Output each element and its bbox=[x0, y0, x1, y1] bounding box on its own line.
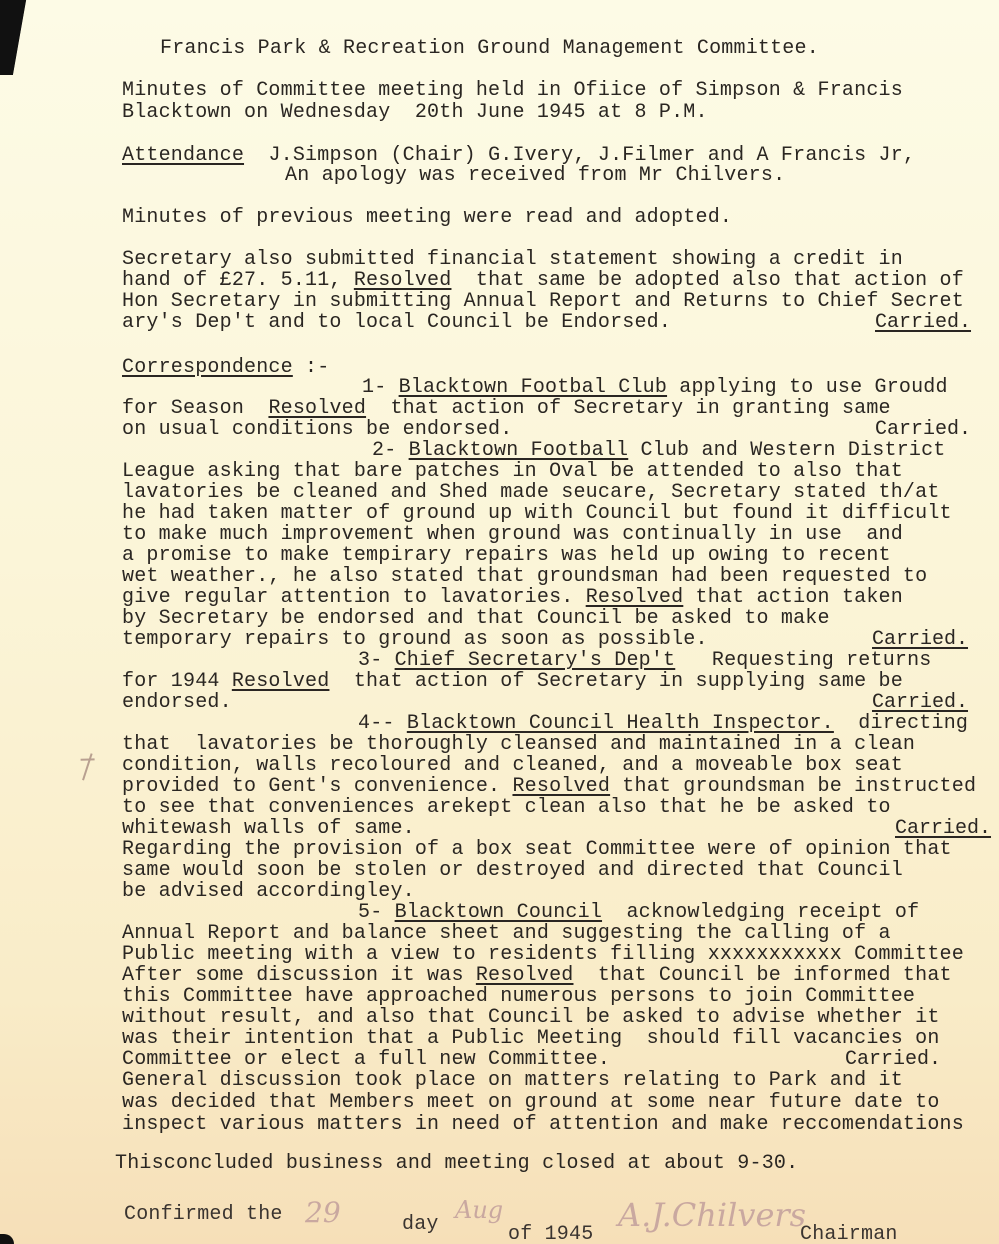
item-2-line: temporary repairs to ground as soon as p… bbox=[122, 629, 708, 650]
item-5-line: without result, and also that Council be… bbox=[122, 1007, 940, 1028]
item-2-line: to make much improvement when ground was… bbox=[122, 524, 903, 545]
item-5-line: this Committee have approached numerous … bbox=[122, 986, 915, 1007]
general-line-1: General discussion took place on matters… bbox=[122, 1070, 903, 1091]
correspondence-item-3: 3- Chief Secretary's Dep't Requesting re… bbox=[358, 650, 932, 671]
item-5-line: Public meeting with a view to residents … bbox=[122, 944, 964, 965]
general-line-3: inspect various matters in need of atten… bbox=[122, 1114, 964, 1135]
attendance-line: Attendance J.Simpson (Chair) G.Ivery, J.… bbox=[122, 145, 915, 166]
item-2-line: give regular attention to lavatories. Re… bbox=[122, 587, 903, 608]
carried-label: Carried. bbox=[875, 312, 971, 333]
item-5-line: Annual Report and balance sheet and sugg… bbox=[122, 923, 891, 944]
carried-label: Carried. bbox=[872, 629, 968, 650]
intro-line-2: Blacktown on Wednesday 20th June 1945 at… bbox=[122, 102, 708, 123]
attendance-label: Attendance bbox=[122, 144, 244, 167]
correspondence-item-5: 5- Blacktown Council acknowledging recei… bbox=[358, 902, 919, 923]
intro-line-1: Minutes of Committee meeting held in Ofi… bbox=[122, 80, 903, 101]
item-5-line: was their intention that a Public Meetin… bbox=[122, 1028, 940, 1049]
financial-line-2: hand of £27. 5.11, Resolved that same be… bbox=[122, 270, 964, 291]
item-5-line: After some discussion it was Resolved th… bbox=[122, 965, 952, 986]
carried-label: Carried. bbox=[875, 419, 971, 440]
carried-label: Carried. bbox=[845, 1049, 941, 1070]
item-4-line: same would soon be stolen or destroyed a… bbox=[122, 860, 903, 881]
chairman-signature: A.J.Chilvers bbox=[618, 1196, 806, 1234]
item-3-line: endorsed. bbox=[122, 692, 232, 713]
day-label: day bbox=[402, 1214, 439, 1235]
resolved-label: Resolved bbox=[354, 269, 452, 292]
apology-line: An apology was received from Mr Chilvers… bbox=[285, 165, 785, 186]
confirmation-month-handwritten: Aug bbox=[455, 1196, 503, 1224]
chairman-label: Chairman bbox=[800, 1224, 898, 1244]
correspondence-heading: Correspondence :- bbox=[122, 357, 329, 378]
correspondence-item-4: 4-- Blacktown Council Health Inspector. … bbox=[358, 713, 968, 734]
correspondence-item-1: 1- Blacktown Footbal Club applying to us… bbox=[362, 377, 948, 398]
item-2-line: he had taken matter of ground up with Co… bbox=[122, 503, 952, 524]
carried-label: Carried. bbox=[895, 818, 991, 839]
financial-line-1: Secretary also submitted financial state… bbox=[122, 249, 903, 270]
correspondence-item-2: 2- Blacktown Football Club and Western D… bbox=[372, 440, 946, 461]
previous-minutes: Minutes of previous meeting were read an… bbox=[122, 207, 732, 228]
item-2-line: by Secretary be endorsed and that Counci… bbox=[122, 608, 830, 629]
item-4-line: to see that conveniences arekept clean a… bbox=[122, 797, 891, 818]
item-4-line: Regarding the provision of a box seat Co… bbox=[122, 839, 952, 860]
item-3-line: for 1944 Resolved that action of Secreta… bbox=[122, 671, 903, 692]
general-line-2: was decided that Members meet on ground … bbox=[122, 1092, 940, 1113]
scan-corner-shadow bbox=[0, 0, 30, 75]
year-label: of 1945 bbox=[508, 1224, 593, 1244]
item-2-line: lavatories be cleaned and Shed made seuc… bbox=[122, 482, 940, 503]
item-4-line: be advised accordingley. bbox=[122, 881, 415, 902]
item-4-line: whitewash walls of same. bbox=[122, 818, 415, 839]
item-5-line: Committee or elect a full new Committee. bbox=[122, 1049, 610, 1070]
item-1-line: for Season Resolved that action of Secre… bbox=[122, 398, 891, 419]
confirmation-day-handwritten: 29 bbox=[305, 1196, 341, 1229]
item-2-line: wet weather., he also stated that ground… bbox=[122, 566, 927, 587]
item-4-line: condition, walls recoloured and cleaned,… bbox=[122, 755, 903, 776]
item-4-line: that lavatories be thoroughly cleansed a… bbox=[122, 734, 915, 755]
scan-corner-bottom bbox=[0, 1234, 14, 1244]
item-4-line: provided to Gent's convenience. Resolved… bbox=[122, 776, 976, 797]
item-1-line: on usual conditions be endorsed. bbox=[122, 419, 512, 440]
confirmed-the-label: Confirmed the bbox=[124, 1204, 283, 1225]
carried-label: Carried. bbox=[872, 692, 968, 713]
item-2-line: a promise to make tempirary repairs was … bbox=[122, 545, 891, 566]
financial-line-4: ary's Dep't and to local Council be Endo… bbox=[122, 312, 671, 333]
item-2-line: League asking that bare patches in Oval … bbox=[122, 461, 903, 482]
document-title: Francis Park & Recreation Ground Managem… bbox=[160, 38, 819, 59]
closing-line: Thisconcluded business and meeting close… bbox=[115, 1153, 798, 1174]
margin-pencil-mark bbox=[82, 753, 106, 785]
financial-line-3: Hon Secretary in submitting Annual Repor… bbox=[122, 291, 964, 312]
